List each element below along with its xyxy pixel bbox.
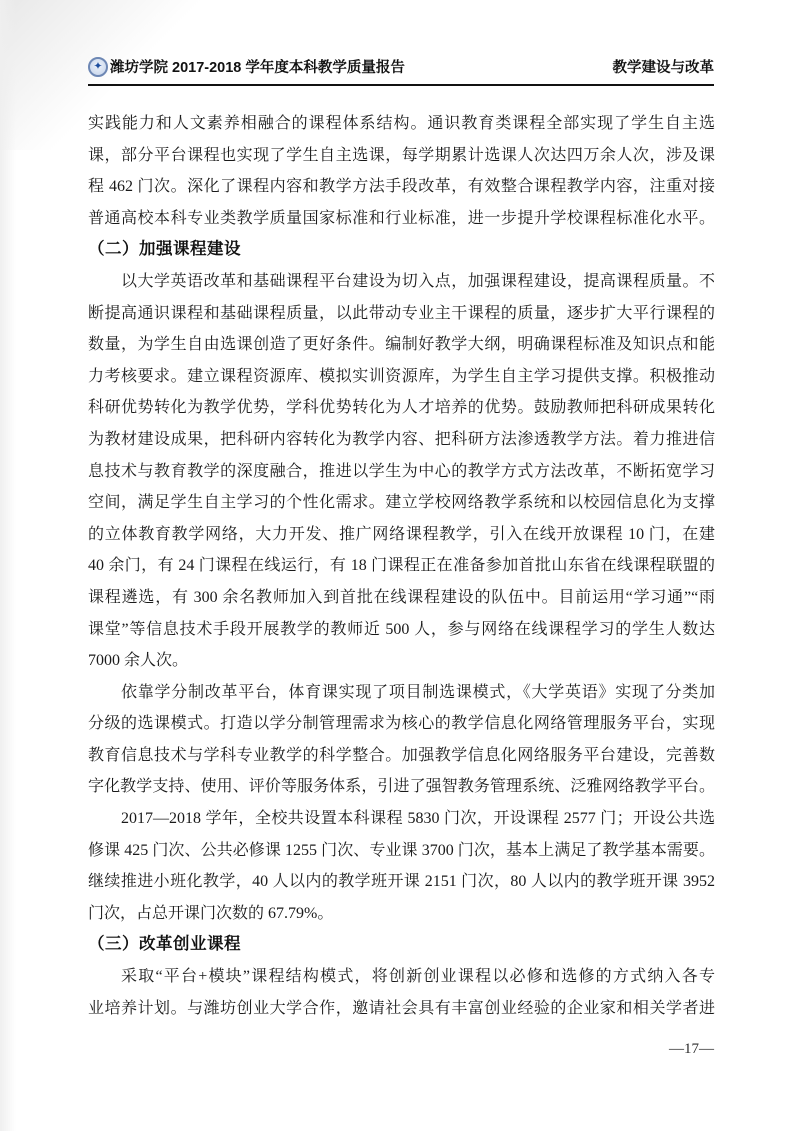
text-line: 的立体教育教学网络，大力开发、推广网络课程教学，引入在线开放课程 10 门，在建 (88, 519, 715, 551)
page-footer: —17— (669, 1041, 714, 1058)
section-heading: （二）加强课程建设 (88, 234, 715, 266)
paragraph: 采取“平台+模块”课程结构模式，将创新创业课程以必修和选修的方式纳入各专业培养计… (88, 961, 715, 1024)
text-line: 字化教学支持、使用、评价等服务体系，引进了强智教务管理系统、泛雅网络教学平台。 (88, 771, 715, 803)
paragraph: 以大学英语改革和基础课程平台建设为切入点，加强课程建设，提高课程质量。不断提高通… (88, 266, 715, 677)
page-header: ✦ 潍坊学院 2017-2018 学年度本科教学质量报告 教学建设与改革 (88, 56, 714, 86)
text-line: 普通高校本科专业类教学质量国家标准和行业标准，进一步提升学校课程标准化水平。 (88, 203, 715, 235)
page-number: —17— (669, 1041, 714, 1057)
section-heading: （三）改革创业课程 (88, 929, 715, 961)
text-line: 息技术与教育教学的深度融合，推进以学生为中心的教学方式方法改革，不断拓宽学习 (88, 456, 715, 488)
text-line: 教育信息技术与学科专业教学的科学整合。加强教学信息化网络服务平台建设，完善数 (88, 740, 715, 772)
text-line: 40 余门，有 24 门课程在线运行，有 18 门课程正在准备参加首批山东省在线… (88, 550, 715, 582)
text-line: 为教材建设成果，把科研内容转化为教学内容、把科研方法渗透教学方法。着力推进信 (88, 424, 715, 456)
header-left: ✦ 潍坊学院 2017-2018 学年度本科教学质量报告 (88, 56, 405, 77)
school-emblem-icon: ✦ (88, 57, 108, 77)
text-line: 课，部分平台课程也实现了学生自主选课，每学期累计选课人次达四万余人次，涉及课 (88, 140, 715, 172)
text-line: 依靠学分制改革平台，体育课实现了项目制选课模式，《大学英语》实现了分类加 (88, 677, 715, 709)
text-line: 力考核要求。建立课程资源库、模拟实训资源库，为学生自主学习提供支撑。积极推动 (88, 361, 715, 393)
text-line: 2017—2018 学年，全校共设置本科课程 5830 门次，开设课程 2577… (88, 803, 715, 835)
text-line: 科研优势转化为教学优势，学科优势转化为人才培养的优势。鼓励教师把科研成果转化 (88, 392, 715, 424)
text-line: 门次，占总开课门次数的 67.79%。 (88, 898, 715, 930)
text-line: 修课 425 门次、公共必修课 1255 门次、专业课 3700 门次，基本上满… (88, 835, 715, 867)
text-line: 课堂”等信息技术手段开展教学的教师近 500 人，参与网络在线课程学习的学生人数… (88, 614, 715, 646)
text-line: 课程遴选，有 300 余名教师加入到首批在线课程建设的队伍中。目前运用“学习通”… (88, 582, 715, 614)
document-page: ✦ 潍坊学院 2017-2018 学年度本科教学质量报告 教学建设与改革 实践能… (0, 0, 800, 1131)
scan-edge-shading (0, 0, 16, 1131)
text-line: 断提高通识课程和基础课程质量，以此带动专业主干课程的质量，逐步扩大平行课程的 (88, 298, 715, 330)
text-line: 数量，为学生自由选课创造了更好条件。编制好教学大纲，明确课程标准及知识点和能 (88, 329, 715, 361)
paragraph: 2017—2018 学年，全校共设置本科课程 5830 门次，开设课程 2577… (88, 803, 715, 929)
text-line: 业培养计划。与潍坊创业大学合作，邀请社会具有丰富创业经验的企业家和相关学者进 (88, 993, 715, 1025)
text-line: 继续推进小班化教学，40 人以内的教学班开课 2151 门次，80 人以内的教学… (88, 866, 715, 898)
document-body: 实践能力和人文素养相融合的课程体系结构。通识教育类课程全部实现了学生自主选课，部… (88, 108, 715, 1024)
text-line: 采取“平台+模块”课程结构模式，将创新创业课程以必修和选修的方式纳入各专 (88, 961, 715, 993)
text-line: 实践能力和人文素养相融合的课程体系结构。通识教育类课程全部实现了学生自主选 (88, 108, 715, 140)
text-line: 7000 余人次。 (88, 645, 715, 677)
header-left-title: 潍坊学院 2017-2018 学年度本科教学质量报告 (110, 56, 405, 77)
paragraph: 实践能力和人文素养相融合的课程体系结构。通识教育类课程全部实现了学生自主选课，部… (88, 108, 715, 234)
text-line: 空间，满足学生自主学习的个性化需求。建立学校网络教学系统和以校园信息化为支撑 (88, 487, 715, 519)
header-right-title: 教学建设与改革 (613, 56, 715, 77)
text-line: 以大学英语改革和基础课程平台建设为切入点，加强课程建设，提高课程质量。不 (88, 266, 715, 298)
text-line: 分级的选课模式。打造以学分制管理需求为核心的教学信息化网络管理服务平台，实现 (88, 708, 715, 740)
paragraph: 依靠学分制改革平台，体育课实现了项目制选课模式，《大学英语》实现了分类加分级的选… (88, 677, 715, 803)
text-line: 程 462 门次。深化了课程内容和教学方法手段改革，有效整合课程教学内容，注重对… (88, 171, 715, 203)
emblem-glyph: ✦ (93, 61, 102, 72)
